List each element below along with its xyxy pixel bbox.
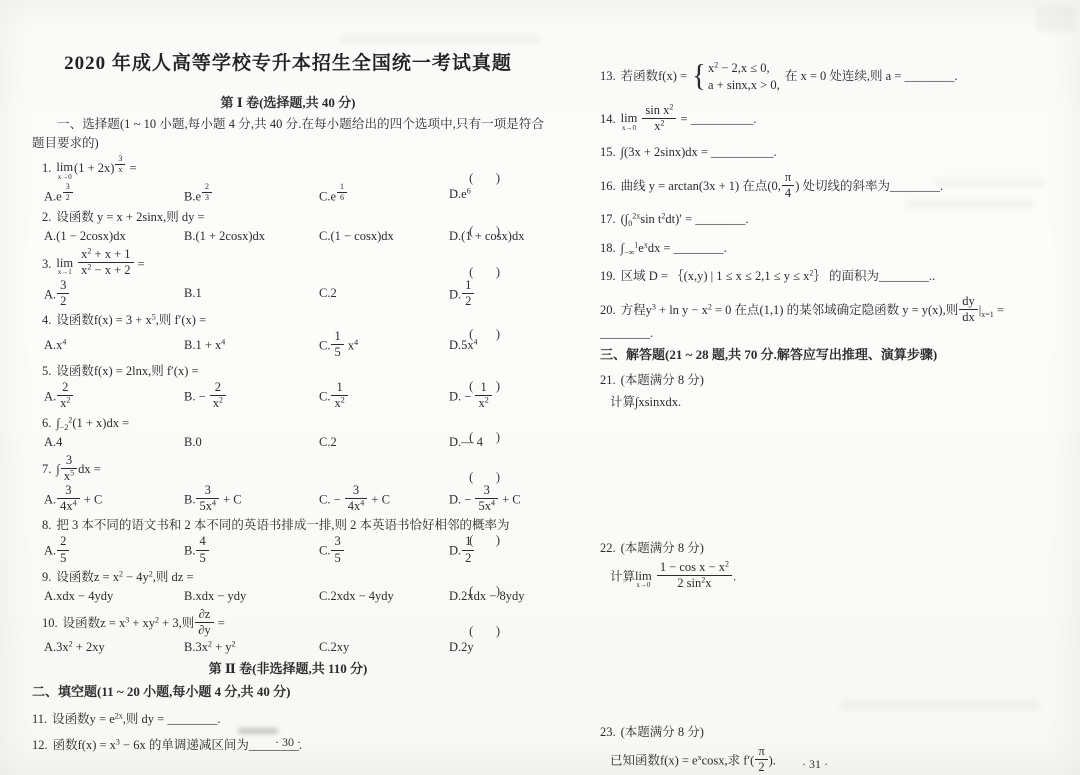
question-number: 13.: [600, 69, 616, 83]
question-body: 区域 D = ｛(x,y) | 1 ≤ x ≤ 2,1 ≤ y ≤ x2｝ 的面…: [621, 269, 936, 283]
score-line: (本题满分 8 分): [621, 373, 704, 387]
question-stem: 设函数z = x2 − 4y2,则 dz =: [56, 570, 193, 584]
page-title: 2020 年成人高等学校专升本招生全国统一考试真题: [32, 50, 544, 78]
question-number: 18.: [600, 241, 616, 255]
answer-option: C.2: [319, 433, 449, 451]
question-stem: limx→0(1 + 2x)3x =: [56, 161, 136, 175]
choice-question-9: 9.设函数z = x2 − 4y2,则 dz =( ) A.xdx − 4ydy…: [32, 568, 544, 605]
answer-option: C.2xy: [319, 638, 449, 656]
answer-option: C.1x2: [319, 381, 449, 410]
question-body: 计算limx→0 1 − cos x − x22 sin2x.: [600, 561, 1056, 590]
answer-option: B.1: [184, 284, 319, 302]
question-number: 21.: [600, 373, 616, 387]
fill-question-15: 15.∫(3x + 2sinx)dx = __________.: [600, 143, 1056, 161]
answer-option: D.12: [449, 279, 544, 308]
question-stem: 设函数z = x3 + xy2 + 3,则∂z∂y =: [63, 616, 225, 630]
answer-option: A.e32: [44, 183, 184, 206]
answer-option: A.xdx − 4ydy: [44, 587, 184, 605]
answer-option: A.2x2: [44, 381, 184, 410]
question-body: 设函数y = e2x,则 dy = ________.: [52, 712, 220, 726]
question-body: (∫02xsin t2dt)′ = ________.: [621, 212, 749, 226]
section-1-header: 第 Ⅰ 卷(选择题,共 40 分): [32, 94, 544, 113]
solve-question-21: 21.(本题满分 8 分) 计算∫xsinxdx.: [600, 371, 1056, 411]
answer-option: B.0: [184, 433, 319, 451]
answer-option: D. − 35x4 + C: [449, 484, 544, 513]
choice-question-7: 7.∫3x5dx =( ) A.34x4 + C B.35x4 + C C. −…: [32, 454, 544, 514]
question-number: 2.: [42, 210, 51, 224]
answer-option: B.(1 + 2cosx)dx: [184, 227, 319, 245]
answer-option: A.32: [44, 279, 184, 308]
answer-option: B.1 + x4: [184, 336, 319, 354]
question-number: 15.: [600, 145, 616, 159]
question-number: 10.: [42, 616, 58, 630]
score-line: (本题满分 8 分): [621, 541, 704, 555]
question-body: 若函数f(x) = {x2 − 2,x ≤ 0,a + sinx,x > 0, …: [621, 69, 958, 83]
question-body: limx→0 sin x2x2 = __________.: [621, 112, 757, 126]
question-number: 11.: [32, 712, 47, 726]
fill-question-20: 20.方程y3 + ln y − x2 = 0 在点(1,1) 的某邻域确定隐函…: [600, 295, 1056, 342]
choice-question-1: 1.limx→0(1 + 2x)3x =( ) A.e32 B.e23 C.e1…: [32, 155, 544, 205]
fill-question-16: 16.曲线 y = arctan(3x + 1) 在点(0,π4) 处切线的斜率…: [600, 171, 1056, 200]
section-2-header: 第 Ⅱ 卷(非选择题,共 110 分): [32, 660, 544, 679]
answer-option: C.35: [319, 535, 449, 564]
answer-bracket: ( ): [469, 377, 502, 395]
question-number: 14.: [600, 112, 616, 126]
solve-question-22: 22.(本题满分 8 分) 计算limx→0 1 − cos x − x22 s…: [600, 539, 1056, 590]
choice-question-2: 2.设函数 y = x + 2sinx,则 dy =( ) A.(1 − 2co…: [32, 208, 544, 245]
answer-option: A.34x4 + C: [44, 484, 184, 513]
answer-option: A.3x2 + 2xy: [44, 638, 184, 656]
question-number: 17.: [600, 212, 616, 226]
fill-question-11: 11.设函数y = e2x,则 dy = ________.: [32, 710, 544, 728]
question-stem: 设函数f(x) = 2lnx,则 f′(x) =: [56, 364, 198, 378]
answer-bracket: ( ): [469, 263, 502, 281]
fill-question-14: 14.limx→0 sin x2x2 = __________.: [600, 104, 1056, 133]
question-number: 1.: [42, 161, 51, 175]
question-number: 8.: [42, 518, 51, 532]
answer-option: C.15 x4: [319, 330, 449, 359]
answer-option: C.e16: [319, 183, 449, 206]
answer-option: A.(1 − 2cosx)dx: [44, 227, 184, 245]
question-body: ∫(3x + 2sinx)dx = __________.: [621, 145, 777, 159]
left-page: 2020 年成人高等学校专升本招生全国统一考试真题 第 Ⅰ 卷(选择题,共 40…: [32, 38, 544, 754]
choice-question-6: 6.∫−22(1 + x)dx =( ) A.4 B.0 C.2 D.— 4: [32, 414, 544, 451]
fill-question-19: 19.区域 D = ｛(x,y) | 1 ≤ x ≤ 2,1 ≤ y ≤ x2｝…: [600, 267, 1056, 285]
question-number: 6.: [42, 416, 51, 430]
scan-artifact: [1035, 6, 1075, 32]
question-number: 22.: [600, 541, 616, 555]
section-1-intro: 一、选择题(1 ~ 10 小题,每小题 4 分,共 40 分.在每小题给出的四个…: [32, 115, 544, 151]
question-number: 5.: [42, 364, 51, 378]
question-stem: 设函数 y = x + 2sinx,则 dy =: [56, 210, 204, 224]
answer-option: B.3x2 + y2: [184, 638, 319, 656]
question-number: 7.: [42, 462, 51, 476]
answer-option: A.25: [44, 535, 184, 564]
question-stem: ∫3x5dx =: [56, 462, 100, 476]
page-number-right: · 31 ·: [600, 756, 1030, 773]
answer-bracket: ( ): [469, 428, 502, 446]
question-stem: ∫−22(1 + x)dx =: [56, 416, 129, 430]
question-number: 19.: [600, 269, 616, 283]
answer-option: A.4: [44, 433, 184, 451]
question-stem: 设函数f(x) = 3 + x5,则 f′(x) =: [56, 313, 206, 327]
answer-option: D.e6: [449, 185, 544, 203]
question-body: 计算∫xsinxdx.: [600, 393, 1056, 411]
right-page: 13.若函数f(x) = {x2 − 2,x ≤ 0,a + sinx,x > …: [600, 50, 1056, 774]
fill-question-13: 13.若函数f(x) = {x2 − 2,x ≤ 0,a + sinx,x > …: [600, 60, 1056, 94]
question-stem: limx→1 x2 + x + 1x2 − x + 2 =: [56, 257, 144, 271]
answer-bracket: ( ): [469, 169, 502, 187]
answer-option: B. − 2x2: [184, 381, 319, 410]
question-number: 16.: [600, 179, 616, 193]
question-stem: 把 3 本不同的语文书和 2 本不同的英语书排成一排,则 2 本英语书恰好相邻的…: [56, 518, 509, 532]
section-3-header: 三、解答题(21 ~ 28 题,共 70 分.解答应写出推理、演算步骤): [600, 346, 1056, 365]
answer-option: B.xdx − ydy: [184, 587, 319, 605]
question-number: 4.: [42, 313, 51, 327]
answer-option: C. − 34x4 + C: [319, 484, 449, 513]
question-body: ∫−∞1exdx = ________.: [621, 241, 727, 255]
answer-option: C.2xdx − 4ydy: [319, 587, 449, 605]
score-line: (本题满分 8 分): [621, 725, 704, 739]
section-2-intro: 二、填空题(11 ~ 20 小题,每小题 4 分,共 40 分): [32, 683, 544, 702]
answer-option: B.e23: [184, 183, 319, 206]
answer-option: C.2: [319, 284, 449, 302]
question-body: 曲线 y = arctan(3x + 1) 在点(0,π4) 处切线的斜率为__…: [621, 179, 943, 193]
answer-bracket: ( ): [469, 468, 502, 486]
answer-bracket: ( ): [469, 325, 502, 343]
answer-bracket: ( ): [469, 582, 502, 600]
choice-question-8: 8.把 3 本不同的语文书和 2 本不同的英语书排成一排,则 2 本英语书恰好相…: [32, 516, 544, 564]
answer-bracket: ( ): [469, 531, 502, 549]
answer-bracket: ( ): [469, 222, 502, 240]
question-body: 方程y3 + ln y − x2 = 0 在点(1,1) 的某邻域确定隐函数 y…: [600, 303, 1004, 340]
page-number-left: · 30 ·: [32, 734, 544, 751]
choice-question-5: 5.设函数f(x) = 2lnx,则 f′(x) =( ) A.2x2 B. −…: [32, 362, 544, 410]
choice-question-4: 4.设函数f(x) = 3 + x5,则 f′(x) =( ) A.x4 B.1…: [32, 311, 544, 359]
choice-question-10: 10.设函数z = x3 + xy2 + 3,则∂z∂y =( ) A.3x2 …: [32, 608, 544, 656]
question-number: 9.: [42, 570, 51, 584]
answer-option: D.2y: [449, 638, 544, 656]
answer-option: B.45: [184, 535, 319, 564]
fill-question-17: 17.(∫02xsin t2dt)′ = ________.: [600, 210, 1056, 228]
scanned-exam-page: 2020 年成人高等学校专升本招生全国统一考试真题 第 Ⅰ 卷(选择题,共 40…: [0, 0, 1080, 775]
question-number: 20.: [600, 303, 616, 317]
answer-bracket: ( ): [469, 622, 502, 640]
choice-question-3: 3.limx→1 x2 + x + 1x2 − x + 2 =( ) A.32 …: [32, 248, 544, 308]
answer-option: C.(1 − cosx)dx: [319, 227, 449, 245]
question-number: 3.: [42, 257, 51, 271]
fill-question-18: 18.∫−∞1exdx = ________.: [600, 239, 1056, 257]
question-number: 23.: [600, 725, 616, 739]
answer-option: B.35x4 + C: [184, 484, 319, 513]
answer-option: A.x4: [44, 336, 184, 354]
